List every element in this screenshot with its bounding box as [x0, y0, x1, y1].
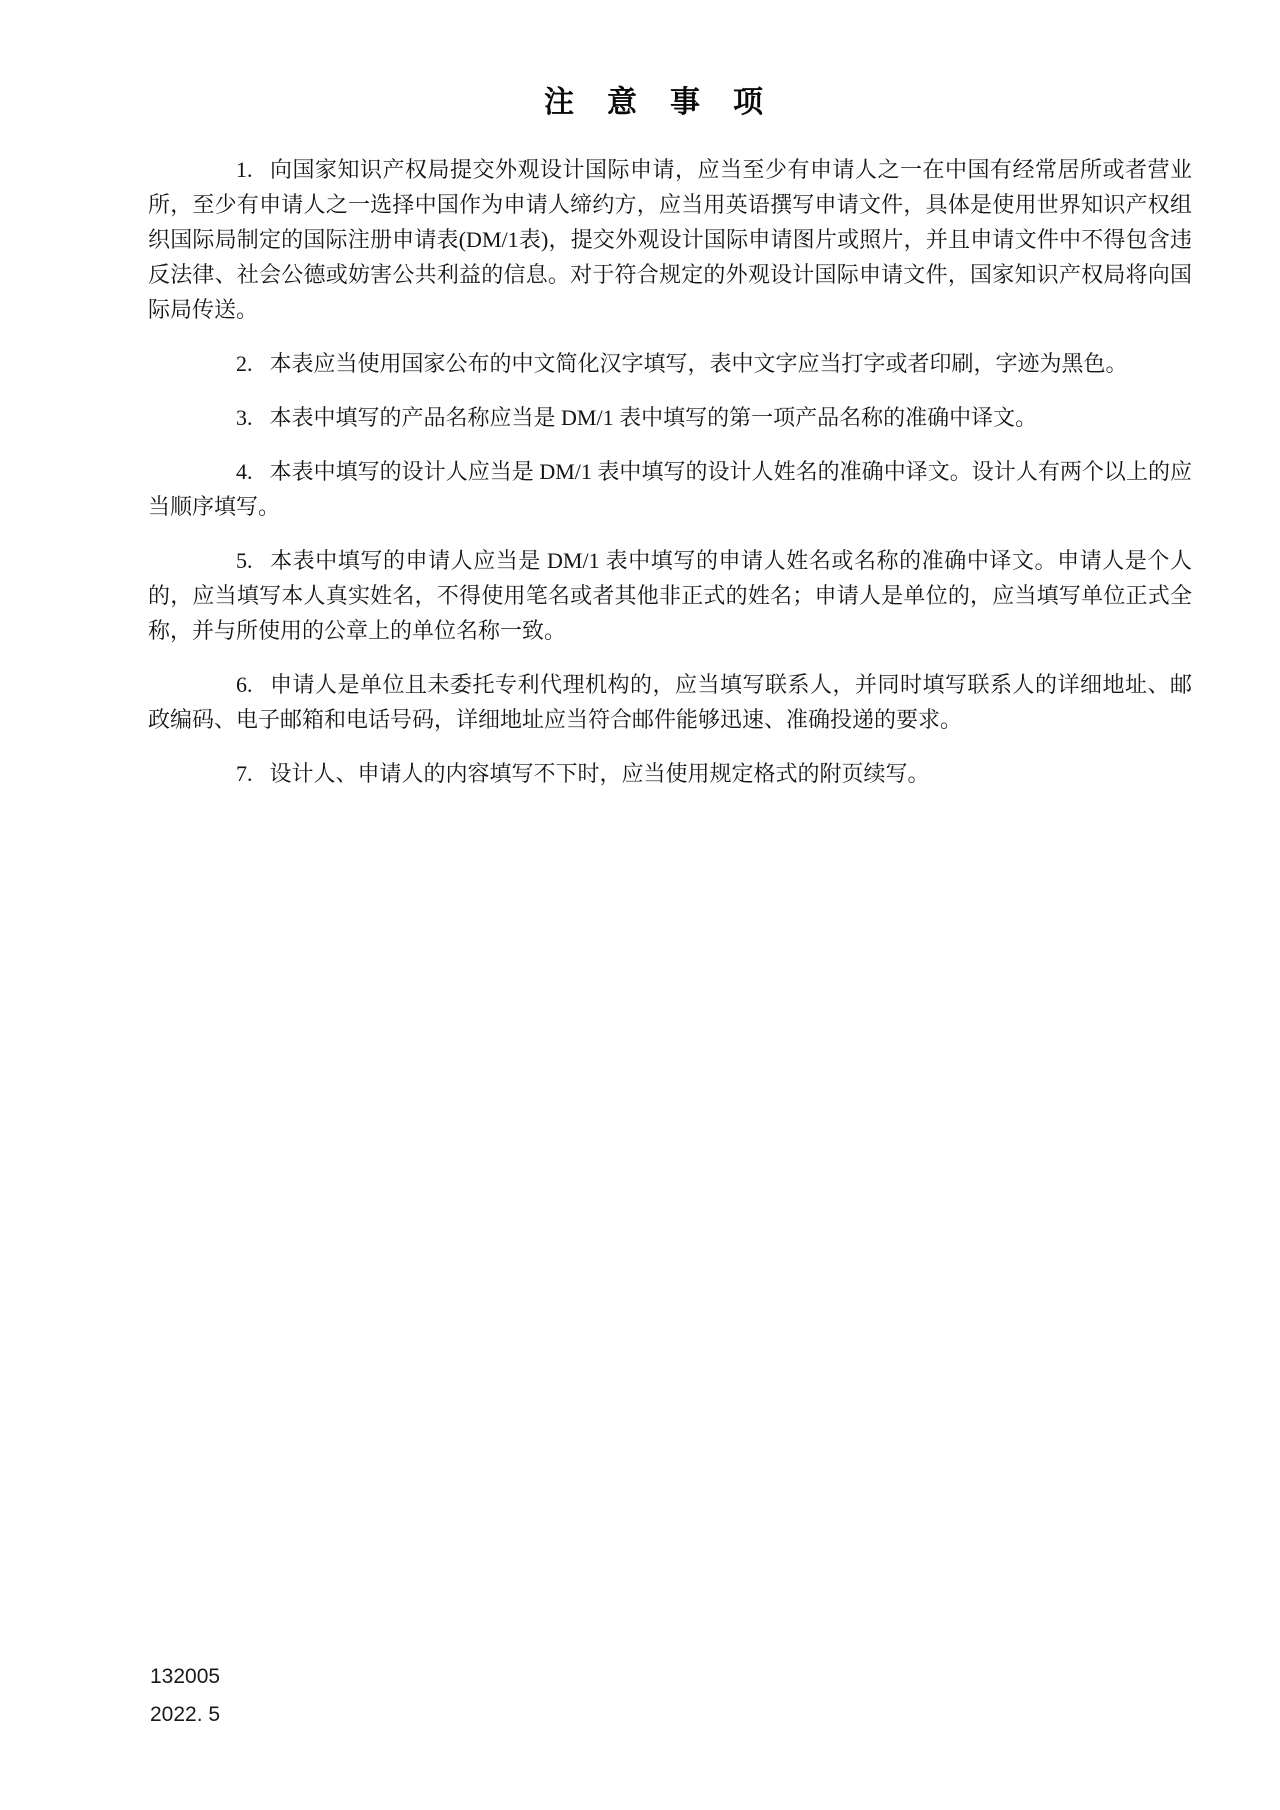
form-revision-date: 2022. 5: [150, 1704, 220, 1726]
note-text: 本表应当使用国家公布的中文简化汉字填写，表中文字应当打字或者印刷，字迹为黑色。: [270, 351, 1128, 376]
note-item: 6.申请人是单位且未委托专利代理机构的，应当填写联系人，并同时填写联系人的详细地…: [148, 667, 1192, 737]
notes-list: 1.向国家知识产权局提交外观设计国际申请，应当至少有申请人之一在中国有经常居所或…: [148, 152, 1192, 791]
note-text: 向国家知识产权局提交外观设计国际申请，应当至少有申请人之一在中国有经常居所或者营…: [148, 157, 1192, 322]
note-number: 7.: [192, 756, 253, 791]
note-text: 本表中填写的申请人应当是 DM/1 表中填写的申请人姓名或名称的准确中译文。申请…: [148, 548, 1192, 643]
note-item: 5.本表中填写的申请人应当是 DM/1 表中填写的申请人姓名或名称的准确中译文。…: [148, 543, 1192, 648]
note-text: 申请人是单位且未委托专利代理机构的，应当填写联系人，并同时填写联系人的详细地址、…: [148, 672, 1192, 732]
note-item: 7.设计人、申请人的内容填写不下时，应当使用规定格式的附页续写。: [148, 756, 1192, 791]
note-number: 6.: [192, 667, 253, 702]
note-text: 本表中填写的设计人应当是 DM/1 表中填写的设计人姓名的准确中译文。设计人有两…: [148, 459, 1192, 519]
page-title: 注意事项: [148, 84, 1192, 122]
note-number: 3.: [192, 400, 253, 435]
note-item: 1.向国家知识产权局提交外观设计国际申请，应当至少有申请人之一在中国有经常居所或…: [148, 152, 1192, 327]
form-code: 132005: [150, 1666, 220, 1688]
note-text: 设计人、申请人的内容填写不下时，应当使用规定格式的附页续写。: [270, 761, 930, 786]
note-number: 1.: [192, 152, 253, 187]
note-number: 2.: [192, 346, 253, 381]
note-item: 3.本表中填写的产品名称应当是 DM/1 表中填写的第一项产品名称的准确中译文。: [148, 400, 1192, 435]
note-text: 本表中填写的产品名称应当是 DM/1 表中填写的第一项产品名称的准确中译文。: [270, 405, 1038, 430]
note-number: 4.: [192, 454, 253, 489]
note-number: 5.: [192, 543, 253, 578]
document-page: 注意事项 1.向国家知识产权局提交外观设计国际申请，应当至少有申请人之一在中国有…: [0, 0, 1280, 1810]
form-footer: 132005 2022. 5: [150, 1666, 220, 1742]
note-item: 4.本表中填写的设计人应当是 DM/1 表中填写的设计人姓名的准确中译文。设计人…: [148, 454, 1192, 524]
note-item: 2.本表应当使用国家公布的中文简化汉字填写，表中文字应当打字或者印刷，字迹为黑色…: [148, 346, 1192, 381]
page-content: 注意事项 1.向国家知识产权局提交外观设计国际申请，应当至少有申请人之一在中国有…: [0, 0, 1280, 791]
